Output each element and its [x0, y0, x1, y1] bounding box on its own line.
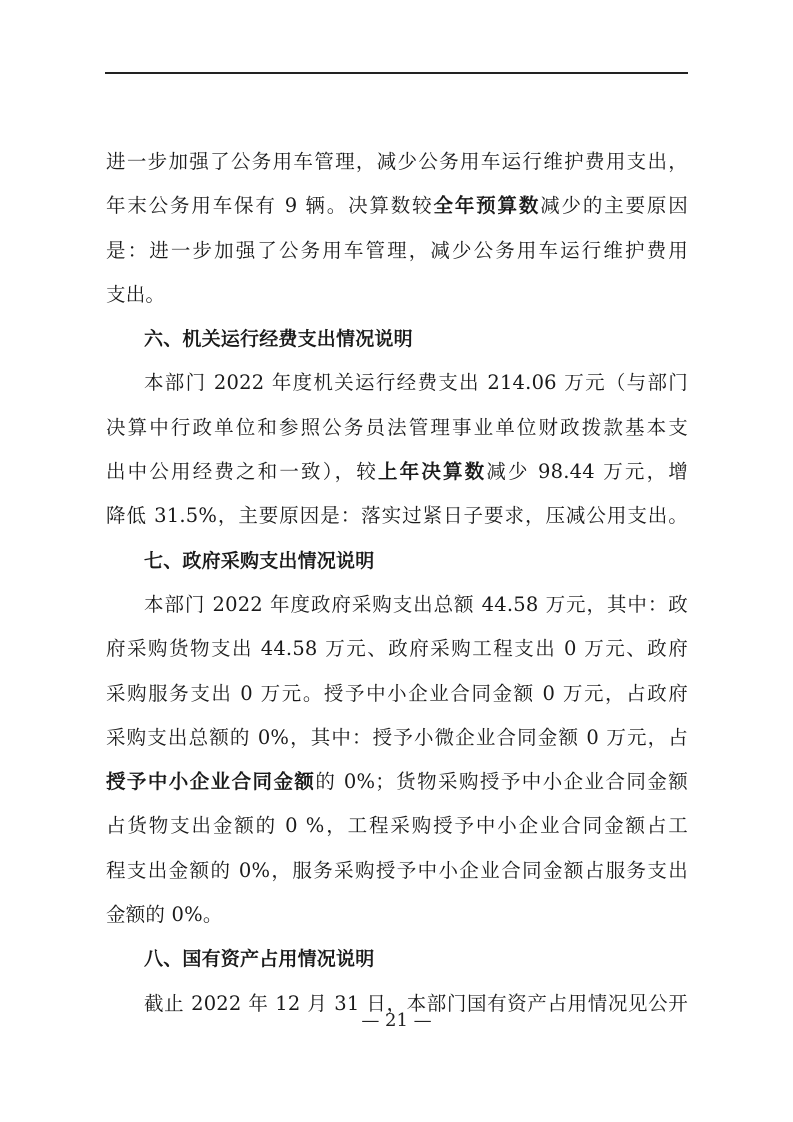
- paragraph-line: 是：进一步加强了公务用车管理，减少公务用车运行维护费用: [106, 229, 688, 273]
- bold-term: 授予中小企业合同金额: [106, 770, 315, 793]
- page-number: — 21 —: [0, 1010, 793, 1031]
- paragraph-line: 府采购货物支出 44.58 万元、政府采购工程支出 0 万元、政府: [106, 627, 688, 671]
- paragraph-line: 授予中小企业合同金额的 0%；货物采购授予中小企业合同金额: [106, 760, 688, 804]
- bold-term: 上年决算数: [378, 460, 486, 483]
- paragraph-line: 金额的 0%。: [106, 893, 688, 937]
- paragraph-line: 本部门 2022 年度机关运行经费支出 214.06 万元（与部门: [106, 361, 688, 405]
- section-heading-6: 六、机关运行经费支出情况说明: [106, 317, 688, 361]
- paragraph-line: 占货物支出金额的 0 %，工程采购授予中小企业合同金额占工: [106, 804, 688, 848]
- header-rule: [105, 72, 688, 74]
- document-body: 进一步加强了公务用车管理，减少公务用车运行维护费用支出， 年末公务用车保有 9 …: [106, 140, 688, 1026]
- paragraph-line: 程支出金额的 0%，服务采购授予中小企业合同金额占服务支出: [106, 849, 688, 893]
- paragraph-line: 进一步加强了公务用车管理，减少公务用车运行维护费用支出，: [106, 140, 688, 184]
- paragraph-line: 本部门 2022 年度政府采购支出总额 44.58 万元，其中：政: [106, 583, 688, 627]
- paragraph-line: 出中公用经费之和一致），较上年决算数减少 98.44 万元，增: [106, 450, 688, 494]
- bold-term: 全年预算数: [434, 194, 541, 217]
- paragraph-line: 采购支出总额的 0%，其中：授予小微企业合同金额 0 万元，占: [106, 716, 688, 760]
- paragraph-line: 降低 31.5%，主要原因是：落实过紧日子要求，压减公用支出。: [106, 494, 688, 538]
- section-heading-8: 八、国有资产占用情况说明: [106, 937, 688, 981]
- paragraph-line: 年末公务用车保有 9 辆。决算数较全年预算数减少的主要原因: [106, 184, 688, 228]
- paragraph-line: 支出。: [106, 273, 688, 317]
- paragraph-line: 采购服务支出 0 万元。授予中小企业合同金额 0 万元，占政府: [106, 672, 688, 716]
- section-heading-7: 七、政府采购支出情况说明: [106, 539, 688, 583]
- paragraph-line: 决算中行政单位和参照公务员法管理事业单位财政拨款基本支: [106, 406, 688, 450]
